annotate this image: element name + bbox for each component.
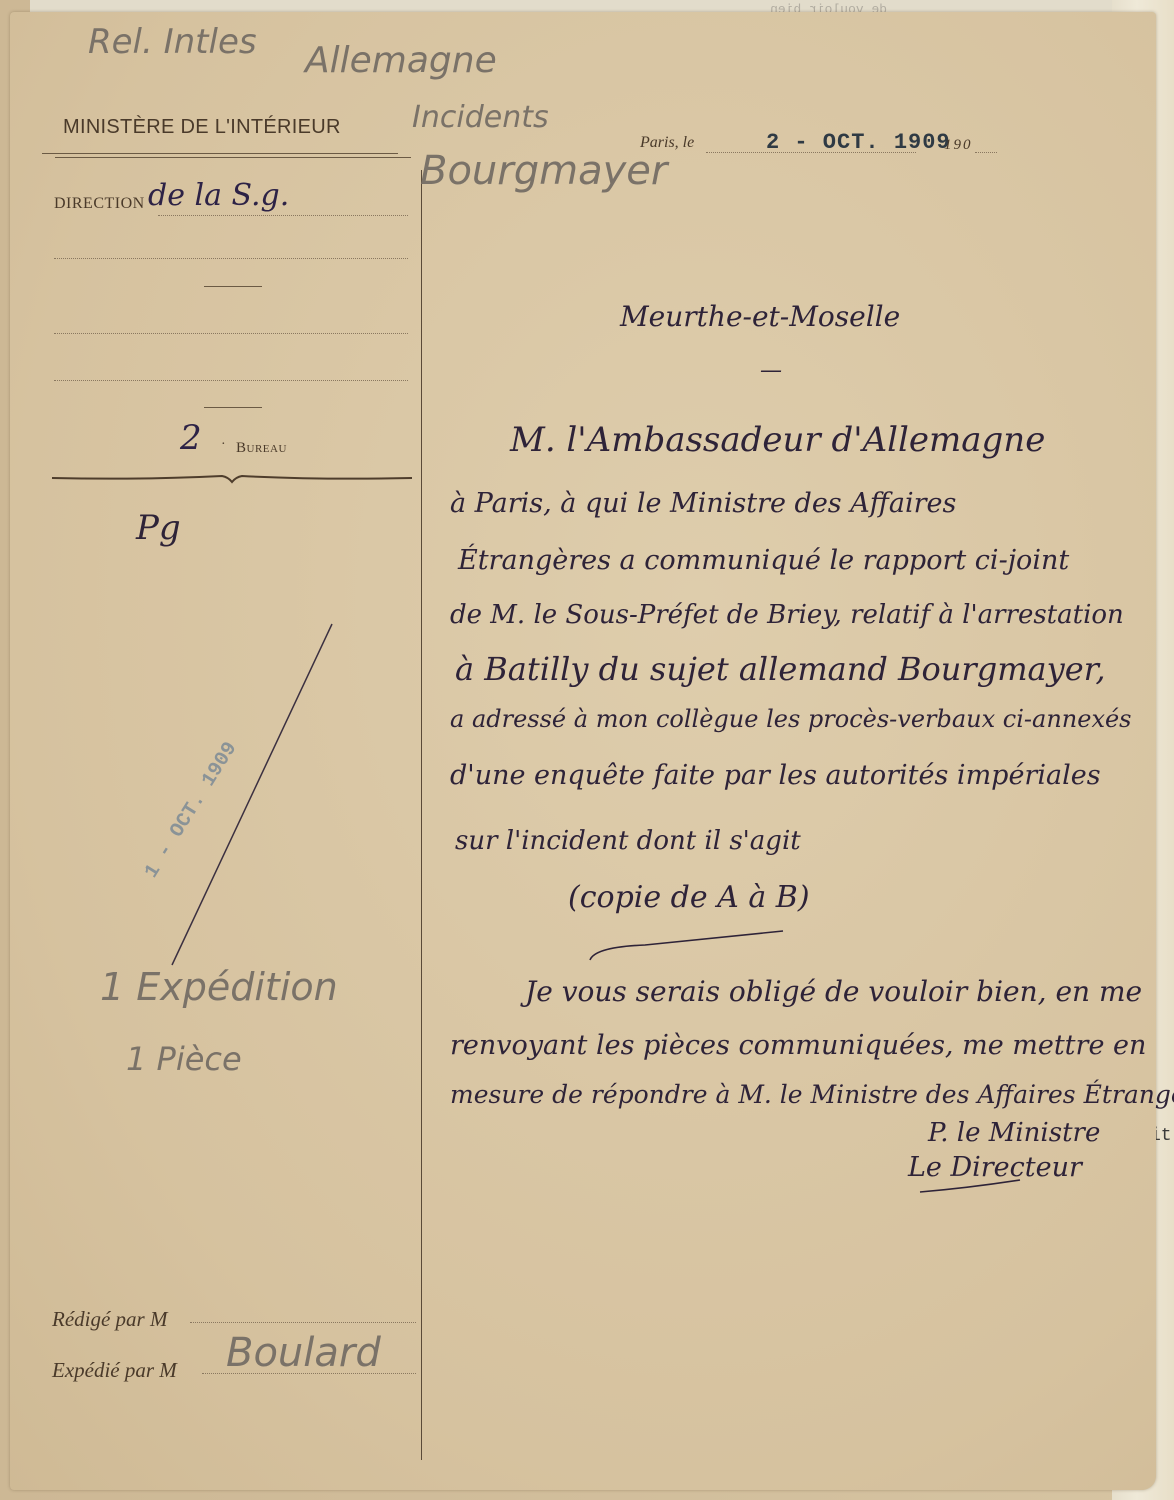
form-short-rule [204, 407, 262, 408]
handwritten-initials: Pg [136, 508, 181, 548]
place-label: Paris, le [640, 134, 694, 152]
pencil-note-relations: Rel. Intles [88, 22, 257, 62]
redige-label: Rédigé par M [52, 1307, 167, 1332]
form-short-rule [204, 286, 262, 287]
body-line: sur l'incident dont il s'agit [455, 826, 801, 856]
expedie-label: Expédié par M [52, 1358, 177, 1383]
signature-line-minister: P. le Ministre [928, 1118, 1100, 1148]
expedie-signature: Boulard [226, 1330, 381, 1376]
date-stamp: 2 - OCT. 1909 [766, 130, 951, 155]
pencil-note-name: Bourgmayer [420, 148, 667, 194]
bureau-number: 2 [180, 418, 202, 458]
body-line: a adressé à mon collègue les procès-verb… [450, 705, 1132, 733]
direction-label: DIRECTION [54, 195, 145, 213]
body-line: à Batilly du sujet allemand Bourgmayer, [455, 650, 1106, 688]
bureau-dot: · [221, 437, 226, 453]
pencil-note-expedition: 1 Expédition [100, 965, 338, 1009]
body-line: d'une enquête faite par les autorités im… [450, 760, 1101, 791]
header-rule [55, 157, 411, 158]
ornamental-rule [52, 470, 412, 494]
header-rule [42, 153, 398, 154]
form-dotline [54, 380, 408, 381]
form-dotline [54, 333, 408, 334]
form-dotline [54, 258, 408, 259]
enclosure-underline [585, 925, 795, 965]
pencil-note-country: Allemagne [305, 40, 497, 81]
heading-dash: — [760, 358, 782, 383]
closing-line: Je vous serais obligé de vouloir bien, e… [525, 975, 1142, 1008]
column-divider [421, 170, 422, 1460]
body-line: Étrangères a communiqué le rapport ci-jo… [458, 545, 1069, 576]
body-line: de M. le Sous-Préfet de Briey, relatif à… [450, 600, 1124, 630]
enclosure-note: (copie de A à B) [568, 880, 810, 915]
year-dotline [975, 152, 997, 153]
body-line: à Paris, à qui le Ministre des Affaires [450, 488, 956, 519]
redige-dotline [190, 1322, 416, 1323]
department-heading: Meurthe-et-Moselle [620, 300, 900, 333]
signature-flourish [918, 1176, 1028, 1196]
pencil-note-subject: Incidents [412, 100, 549, 135]
closing-line: renvoyant les pièces communiquées, me me… [450, 1030, 1146, 1061]
bureau-label: Bureau [236, 440, 287, 457]
ministry-heading: MINISTÈRE DE L'INTÉRIEUR [63, 116, 341, 139]
pencil-note-piece: 1 Pièce [126, 1040, 242, 1078]
direction-handwritten: de la S.g. [148, 178, 289, 213]
direction-dotline [158, 215, 408, 216]
closing-line: mesure de répondre à M. le Ministre des … [450, 1080, 1174, 1109]
year-prefix: 190 [944, 137, 973, 154]
addressee-line: M. l'Ambassadeur d'Allemagne [510, 420, 1045, 460]
